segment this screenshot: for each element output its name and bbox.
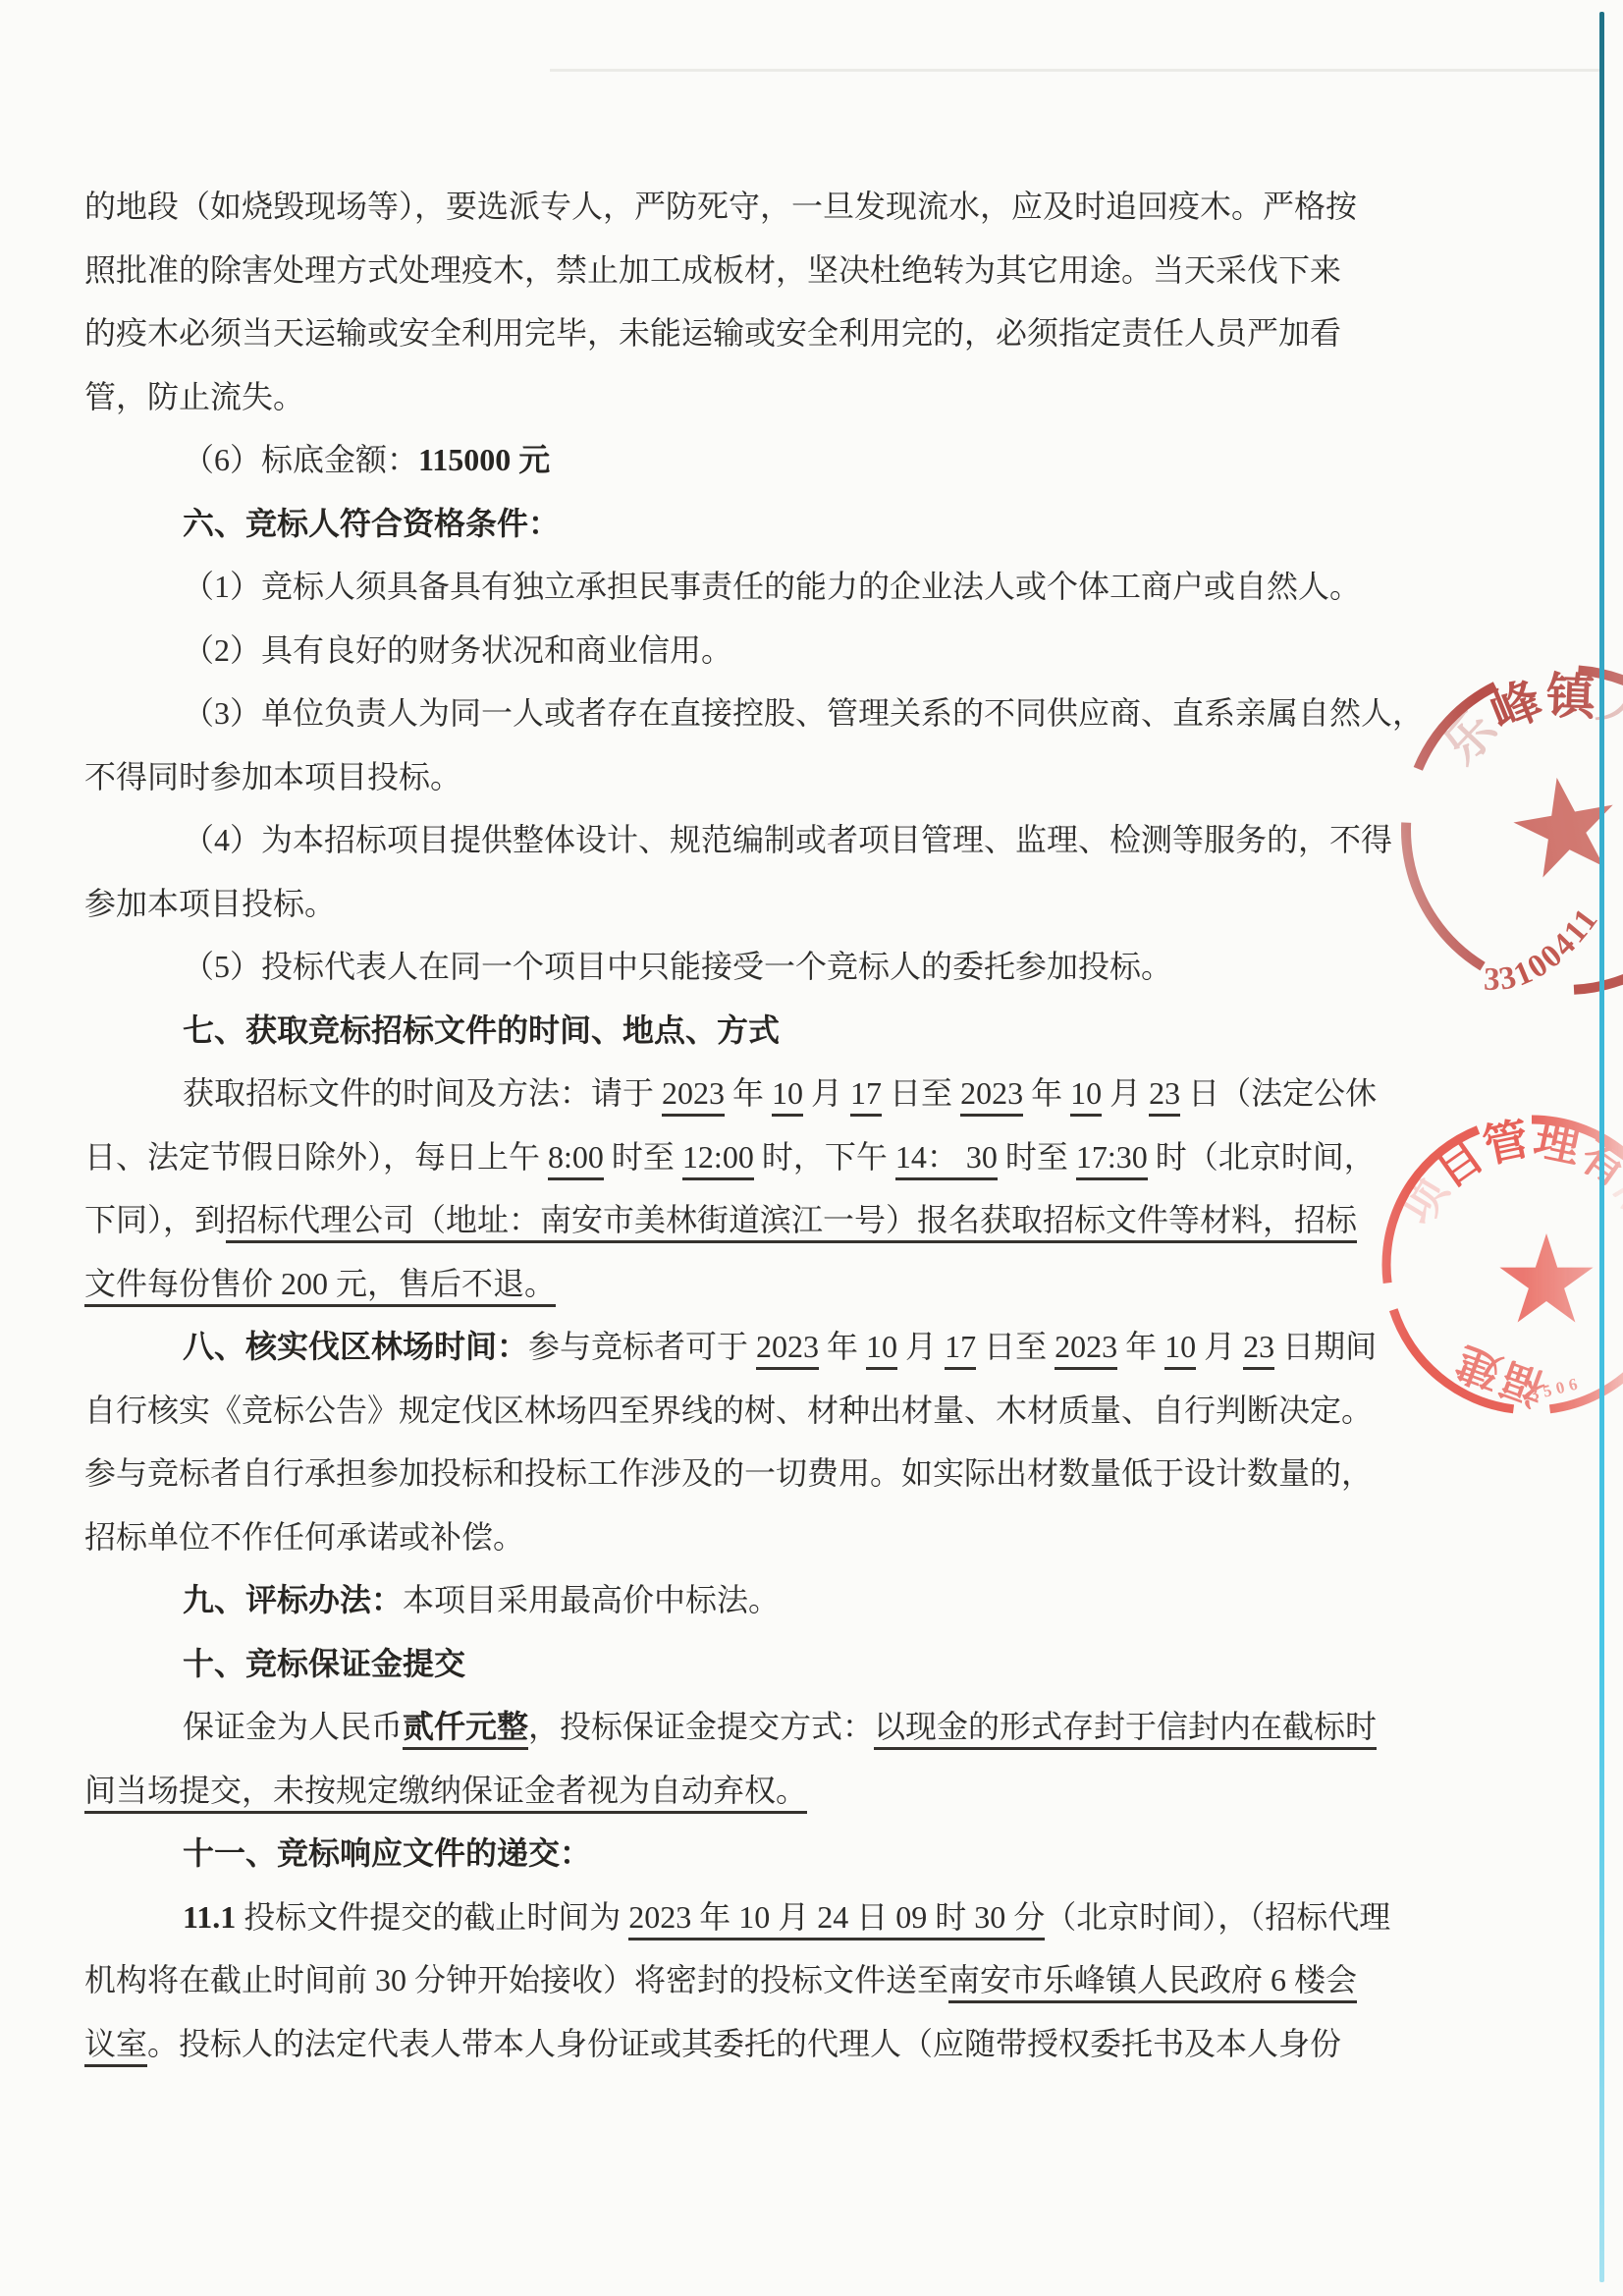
text-segment: 南安市乐峰镇人民政府 6 楼会 xyxy=(948,1962,1357,2003)
text-segment: 招标单位不作任何承诺或补偿。 xyxy=(84,1519,524,1555)
text-segment: 参加本项目投标。 xyxy=(84,886,336,921)
scan-line-artifact xyxy=(550,69,1602,72)
text-segment: 间当场提交，未按规定缴纳保证金者视为自动弃权。 xyxy=(84,1773,807,1814)
text-segment: 贰仟元整 xyxy=(403,1709,528,1750)
text-segment: 2023 xyxy=(662,1075,725,1117)
text-segment: （6）标底金额： xyxy=(183,442,418,477)
text-segment: 时，下午 xyxy=(754,1139,895,1175)
text-segment: 17 xyxy=(945,1329,976,1370)
text-line-30: 议室。投标人的法定代表人带本人身份证或其委托的代理人（应随带授权委托书及本人身份 xyxy=(84,2012,1396,2076)
text-line-20: 自行核实《竞标公告》规定伐区林场四至界线的树、材种出材量、木材质量、自行判断决定… xyxy=(84,1379,1396,1443)
text-segment: 管，防止流失。 xyxy=(84,379,304,414)
text-segment: 参与竞标者可于 xyxy=(528,1329,756,1364)
text-line-17: 下同），到招标代理公司（地址：南安市美林街道滨江一号）报名获取招标文件等材料，招… xyxy=(84,1188,1396,1252)
text-segment: 115000 元 xyxy=(418,442,550,477)
text-segment: 照批准的除害处理方式处理疫木，禁止加工成板材，坚决杜绝转为其它用途。当天采伐下来 xyxy=(84,252,1341,288)
text-segment: 议室 xyxy=(84,2026,147,2067)
official-seal-company: 项目管理有限 福建 3506 xyxy=(1375,1098,1623,1437)
text-segment: 年 xyxy=(725,1075,772,1111)
text-segment: 月 xyxy=(1196,1329,1243,1364)
text-line-7: （1）竞标人须具备具有独立承担民事责任的能力的企业法人或个体工商户或自然人。 xyxy=(84,555,1396,619)
text-segment: 10 xyxy=(1164,1329,1196,1370)
text-segment: 10 xyxy=(1070,1075,1102,1117)
text-segment: 。投标人的法定代表人带本人身份证或其委托的代理人（应随带授权委托书及本人身份 xyxy=(147,2026,1341,2061)
text-segment: （5）投标代表人在同一个项目中只能接受一个竞标人的委托参加投标。 xyxy=(183,949,1172,984)
text-segment: 参与竞标者自行承担参加投标和投标工作涉及的一切费用。如实际出材数量低于设计数量的… xyxy=(84,1455,1373,1491)
text-line-25: 保证金为人民币贰仟元整，投标保证金提交方式：以现金的形式存封于信封内在截标时 xyxy=(84,1695,1396,1759)
text-segment: （北京时间），（招标代理 xyxy=(1045,1899,1390,1935)
text-segment: 日、法定节假日除外），每日上午 xyxy=(84,1139,548,1175)
text-segment: 11.1 xyxy=(183,1899,243,1935)
text-segment: 九、评标办法： xyxy=(183,1582,403,1617)
text-line-12: 参加本项目投标。 xyxy=(84,872,1396,936)
text-segment: （1）竞标人须具备具有独立承担民事责任的能力的企业法人或个体工商户或自然人。 xyxy=(183,569,1361,604)
text-segment: 月 xyxy=(897,1329,945,1364)
text-segment: 的地段（如烧毁现场等），要选派专人，严防死守，一旦发现流水，应及时追回疫木。严格… xyxy=(84,189,1357,224)
text-segment: （4）为本招标项目提供整体设计、规范编制或者项目管理、监理、检测等服务的，不得 xyxy=(183,822,1392,857)
text-line-21: 参与竞标者自行承担参加投标和投标工作涉及的一切费用。如实际出材数量低于设计数量的… xyxy=(84,1442,1396,1505)
text-line-4: 管，防止流失。 xyxy=(84,365,1396,429)
text-segment: 23 xyxy=(1149,1075,1180,1117)
document-page: 的地段（如烧毁现场等），要选派专人，严防死守，一旦发现流水，应及时追回疫木。严格… xyxy=(0,0,1623,2296)
text-segment: 时至 xyxy=(998,1139,1076,1175)
seal-star-icon xyxy=(1499,1233,1593,1323)
text-segment: 14： 30 xyxy=(895,1139,998,1180)
text-line-14: 七、获取竞标招标文件的时间、地点、方式 xyxy=(84,999,1396,1063)
text-segment: 10 xyxy=(866,1329,897,1370)
text-line-28: 11.1 投标文件提交的截止时间为 2023 年 10 月 24 日 09 时 … xyxy=(84,1886,1396,1949)
text-segment: 时（北京时间， xyxy=(1148,1139,1376,1175)
text-segment: 17:30 xyxy=(1076,1139,1148,1180)
page-scan-edge-line xyxy=(1599,12,1604,2282)
text-segment: 不得同时参加本项目投标。 xyxy=(84,759,461,794)
official-seal-town: 乐峰镇人 331004112 xyxy=(1367,629,1623,1041)
text-segment: 时至 xyxy=(604,1139,682,1175)
text-segment: 七、获取竞标招标文件的时间、地点、方式 xyxy=(183,1012,780,1048)
text-segment: 2023 xyxy=(1055,1329,1117,1370)
text-line-3: 的疫木必须当天运输或安全利用完毕，未能运输或安全利用完的，必须指定责任人员严加看 xyxy=(84,301,1396,365)
text-segment: 8:00 xyxy=(548,1139,604,1180)
text-line-9: （3）单位负责人为同一人或者存在直接控股、管理关系的不同供应商、直系亲属自然人， xyxy=(84,682,1396,745)
text-line-24: 十、竞标保证金提交 xyxy=(84,1632,1396,1696)
text-segment: 十、竞标保证金提交 xyxy=(183,1646,465,1681)
text-segment: 日至 xyxy=(976,1329,1055,1364)
text-segment: 日期间 xyxy=(1274,1329,1377,1364)
text-segment: 12:00 xyxy=(682,1139,754,1180)
text-segment: 2023 xyxy=(960,1075,1023,1117)
text-segment: 年 xyxy=(819,1329,866,1364)
text-line-22: 招标单位不作任何承诺或补偿。 xyxy=(84,1505,1396,1569)
text-segment: 投标文件提交的截止时间为 xyxy=(243,1899,628,1935)
text-line-6: 六、竞标人符合资格条件： xyxy=(84,492,1396,556)
text-segment: 六、竞标人符合资格条件： xyxy=(183,506,560,541)
text-segment: 自行核实《竞标公告》规定伐区林场四至界线的树、材种出材量、木材质量、自行判断决定… xyxy=(84,1393,1373,1428)
text-segment: 十一、竞标响应文件的递交： xyxy=(183,1835,591,1871)
text-segment: （2）具有良好的财务状况和商业信用。 xyxy=(183,632,732,668)
text-segment: 本项目采用最高价中标法。 xyxy=(403,1582,780,1617)
text-segment: 保证金为人民币 xyxy=(183,1709,403,1744)
text-segment: 2023 xyxy=(756,1329,819,1370)
text-segment: 以现金的形式存封于信封内在截标时 xyxy=(874,1709,1377,1750)
text-line-5: （6）标底金额：115000 元 xyxy=(84,428,1396,492)
text-segment: 年 xyxy=(1117,1329,1164,1364)
text-segment: 八、核实伐区林场时间： xyxy=(183,1329,528,1364)
text-segment: 10 xyxy=(772,1075,803,1117)
text-segment: 下同），到 xyxy=(84,1202,226,1237)
text-segment: 年 xyxy=(1023,1075,1070,1111)
text-segment: 月 xyxy=(803,1075,850,1111)
text-segment: 招标代理公司（地址：南安市美林街道滨江一号）报名获取招标文件等材料，招标 xyxy=(226,1202,1357,1243)
text-segment: 获取招标文件的时间及方法：请于 xyxy=(183,1075,662,1111)
text-line-27: 十一、竞标响应文件的递交： xyxy=(84,1822,1396,1886)
text-line-10: 不得同时参加本项目投标。 xyxy=(84,745,1396,809)
text-segment: 日至 xyxy=(882,1075,960,1111)
text-line-1: 的地段（如烧毁现场等），要选派专人，严防死守，一旦发现流水，应及时追回疫木。严格… xyxy=(84,175,1396,239)
text-line-16: 日、法定节假日除外），每日上午 8:00 时至 12:00 时，下午 14： 3… xyxy=(84,1125,1396,1189)
text-segment: 月 xyxy=(1102,1075,1149,1111)
text-segment: ，投标保证金提交方式： xyxy=(528,1709,874,1744)
text-segment: 23 xyxy=(1243,1329,1274,1370)
text-line-13: （5）投标代表人在同一个项目中只能接受一个竞标人的委托参加投标。 xyxy=(84,935,1396,999)
document-text-body: 的地段（如烧毁现场等），要选派专人，严防死守，一旦发现流水，应及时追回疫木。严格… xyxy=(84,175,1396,2075)
text-segment: 日（法定公休 xyxy=(1180,1075,1377,1111)
text-line-19: 八、核实伐区林场时间：参与竞标者可于 2023 年 10 月 17 日至 202… xyxy=(84,1315,1396,1379)
text-line-15: 获取招标文件的时间及方法：请于 2023 年 10 月 17 日至 2023 年… xyxy=(84,1062,1396,1125)
text-line-23: 九、评标办法：本项目采用最高价中标法。 xyxy=(84,1568,1396,1632)
text-line-2: 照批准的除害处理方式处理疫木，禁止加工成板材，坚决杜绝转为其它用途。当天采伐下来 xyxy=(84,239,1396,302)
text-segment: 文件每份售价 200 元，售后不退。 xyxy=(84,1266,556,1307)
text-line-29: 机构将在截止时间前 30 分钟开始接收）将密封的投标文件送至南安市乐峰镇人民政府… xyxy=(84,1948,1396,2012)
text-segment: 17 xyxy=(850,1075,882,1117)
text-segment: （3）单位负责人为同一人或者存在直接控股、管理关系的不同供应商、直系亲属自然人， xyxy=(183,695,1424,731)
text-segment: 机构将在截止时间前 30 分钟开始接收）将密封的投标文件送至 xyxy=(84,1962,948,1997)
text-line-8: （2）具有良好的财务状况和商业信用。 xyxy=(84,619,1396,683)
text-line-18: 文件每份售价 200 元，售后不退。 xyxy=(84,1252,1396,1316)
text-segment: 的疫木必须当天运输或安全利用完毕，未能运输或安全利用完的，必须指定责任人员严加看 xyxy=(84,315,1341,351)
text-segment: 2023 年 10 月 24 日 09 时 30 分 xyxy=(628,1899,1045,1941)
text-line-11: （4）为本招标项目提供整体设计、规范编制或者项目管理、监理、检测等服务的，不得 xyxy=(84,808,1396,872)
seal-star-icon xyxy=(1507,769,1623,881)
text-line-26: 间当场提交，未按规定缴纳保证金者视为自动弃权。 xyxy=(84,1759,1396,1823)
